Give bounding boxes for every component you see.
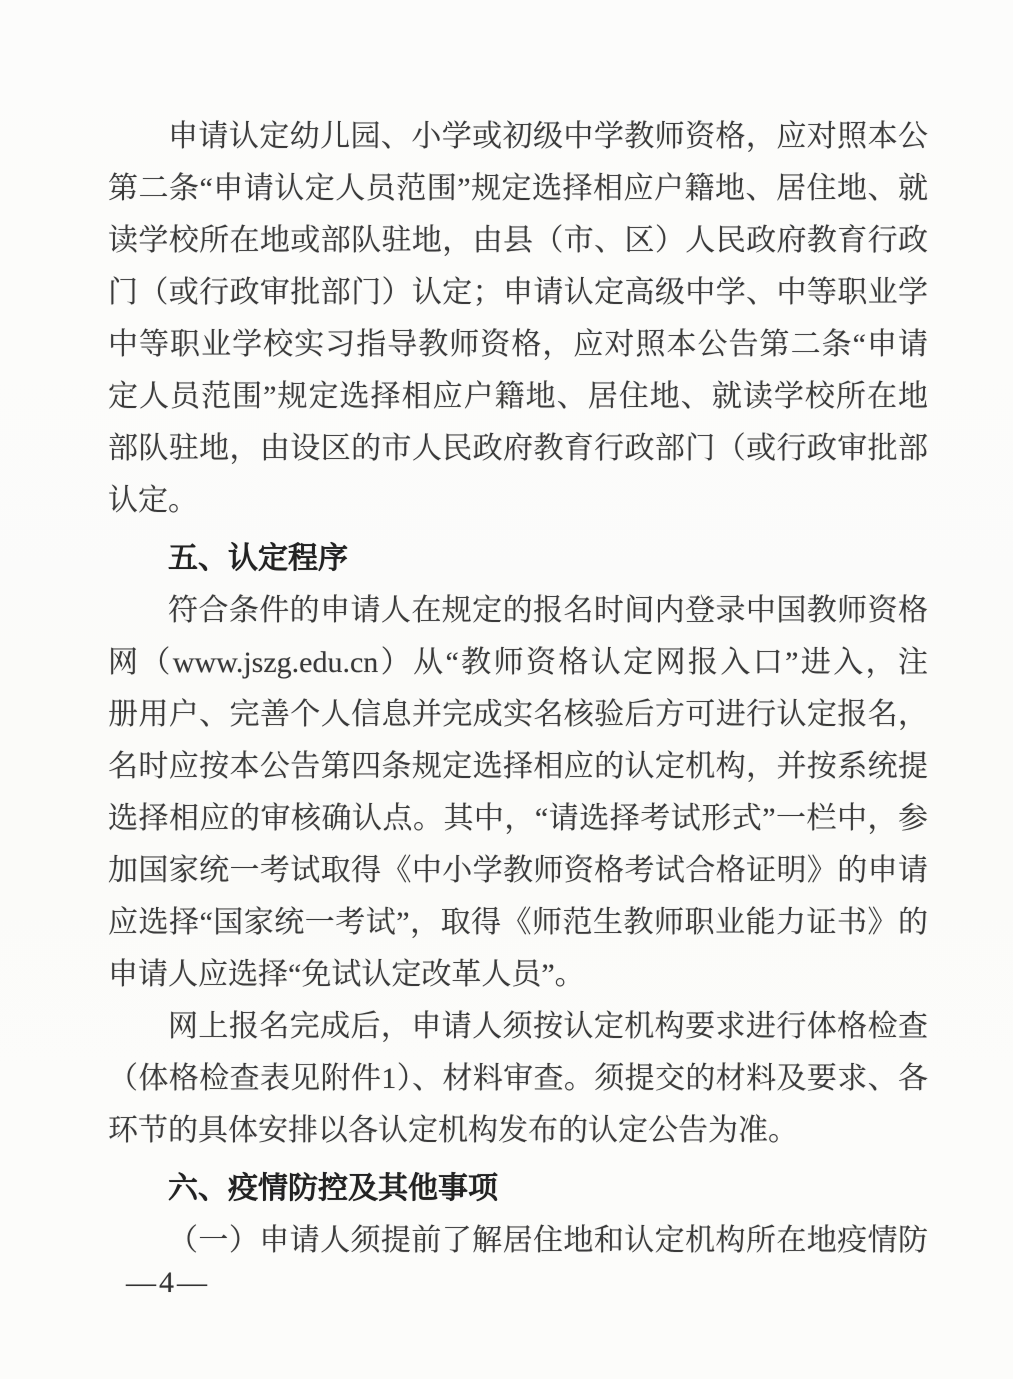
text-line: 网上报名完成后，申请人须按认定机构要求进行体格检查: [108, 1001, 928, 1053]
text-line: 加国家统一考试取得《中小学教师资格考试合格证明》的申请人: [108, 845, 928, 897]
text-line: 选择相应的审核确认点。其中，“请选择考试形式”一栏中，参: [108, 793, 928, 845]
text-line: 中等职业学校实习指导教师资格，应对照本公告第二条“申请认: [108, 319, 928, 371]
text-line: （体格检查表见附件1）、材料审查。须提交的材料及要求、各: [108, 1053, 928, 1105]
text-line: 环节的具体安排以各认定机构发布的认定公告为准。: [108, 1105, 928, 1157]
text-line: 网（www.jszg.edu.cn）从“教师资格认定网报入口”进入，注: [108, 637, 928, 689]
document-page: 申请认定幼儿园、小学或初级中学教师资格，应对照本公告第二条“申请认定人员范围”规…: [0, 0, 1013, 1379]
text-line: 第二条“申请认定人员范围”规定选择相应户籍地、居住地、就: [108, 163, 928, 215]
text-line: 符合条件的申请人在规定的报名时间内登录中国教师资格: [108, 585, 928, 637]
text-line: 名时应按本公告第四条规定选择相应的认定机构，并按系统提示: [108, 741, 928, 793]
document-body: 申请认定幼儿园、小学或初级中学教师资格，应对照本公告第二条“申请认定人员范围”规…: [108, 111, 928, 1267]
text-line: 认定。: [108, 475, 928, 527]
page-number: —4—: [126, 1266, 210, 1300]
text-line: 申请人应选择“免试认定改革人员”。: [108, 949, 928, 1001]
section-heading: 六、疫情防控及其他事项: [108, 1163, 928, 1215]
text-line: 定人员范围”规定选择相应户籍地、居住地、就读学校所在地或: [108, 371, 928, 423]
section-heading: 五、认定程序: [108, 533, 928, 585]
text-line: 应选择“国家统一考试”，取得《师范生教师职业能力证书》的: [108, 897, 928, 949]
text-line: 门（或行政审批部门）认定；申请认定高级中学、中等职业学校、: [108, 267, 928, 319]
text-line: 部队驻地，由设区的市人民政府教育行政部门（或行政审批部门）: [108, 423, 928, 475]
text-line: 读学校所在地或部队驻地，由县（市、区）人民政府教育行政部: [108, 215, 928, 267]
text-line: 册用户、完善个人信息并完成实名核验后方可进行认定报名，报: [108, 689, 928, 741]
text-line: （一）申请人须提前了解居住地和认定机构所在地疫情防控: [108, 1215, 928, 1267]
text-line: 申请认定幼儿园、小学或初级中学教师资格，应对照本公告: [108, 111, 928, 163]
